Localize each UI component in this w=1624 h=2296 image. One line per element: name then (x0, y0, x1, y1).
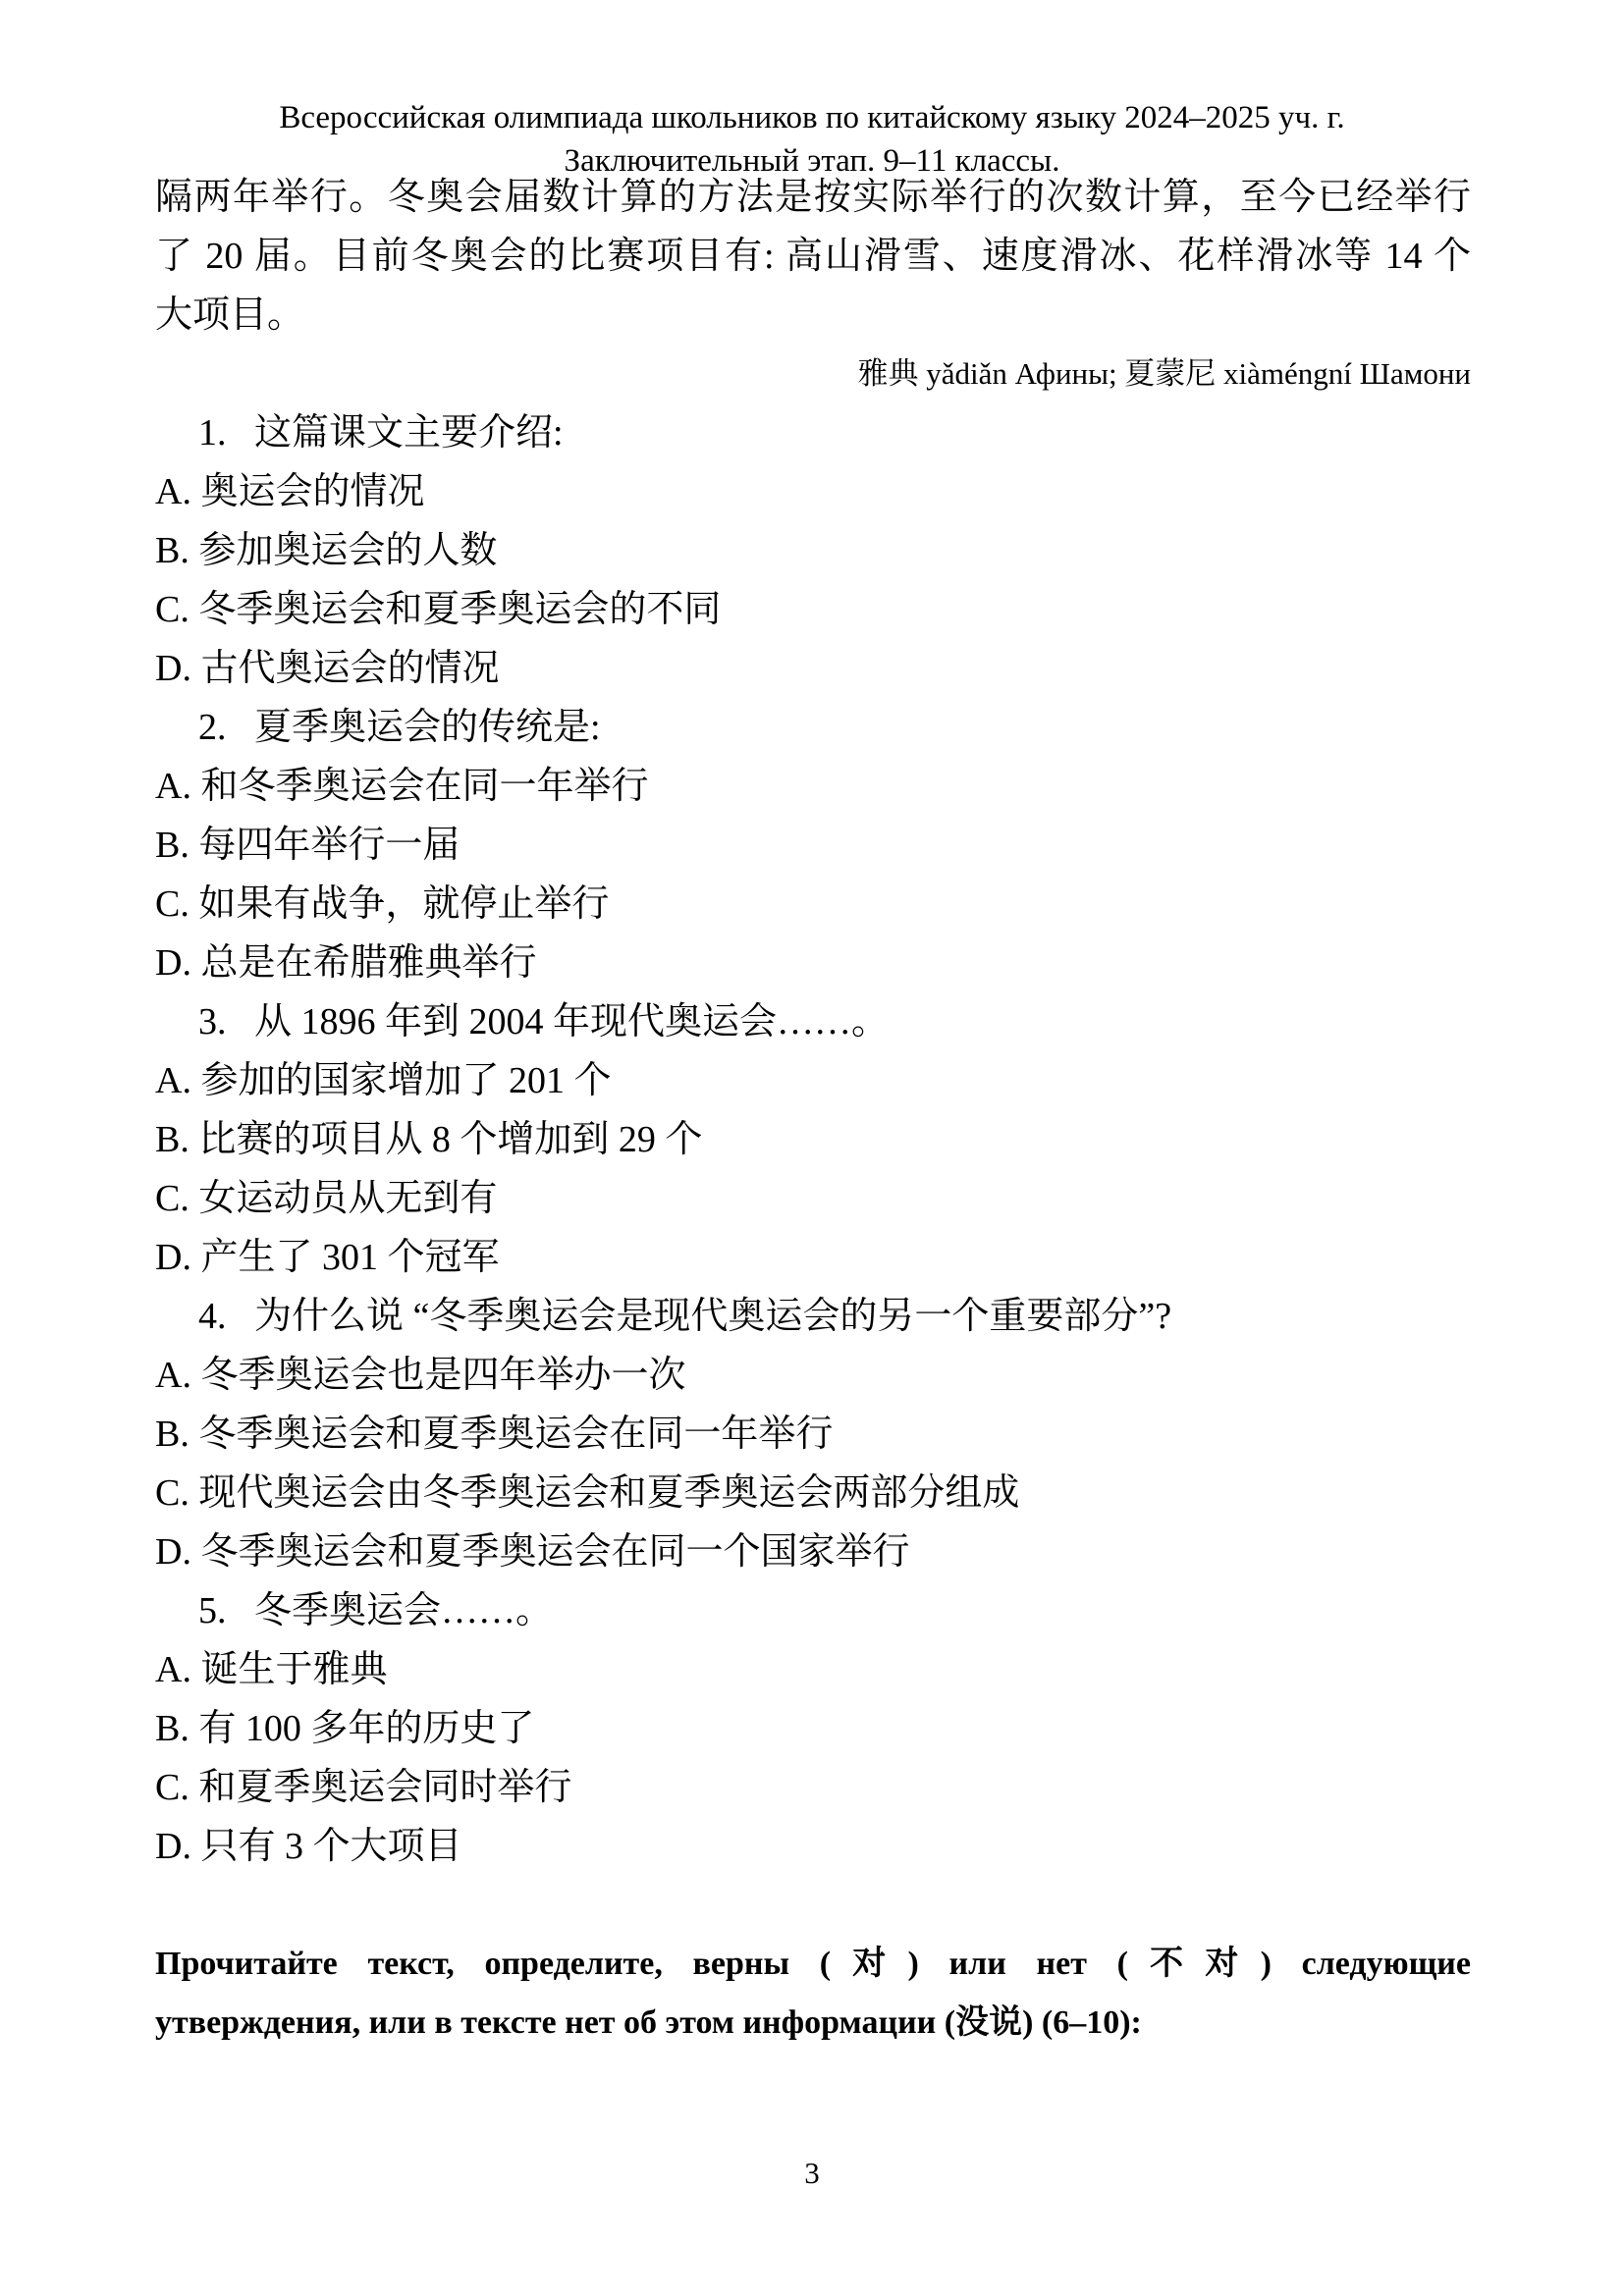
question-1-option-c: C. 冬季奥运会和夏季奥运会的不同 (155, 580, 1471, 639)
question-3-option-d: D. 产生了 301 个冠军 (155, 1228, 1471, 1287)
passage-line: 隔两年举行。冬奥会届数计算的方法是按实际举行的次数计算，至今已经举行 (155, 168, 1471, 227)
page-number: 3 (0, 2152, 1624, 2195)
question-3: 3. 从 1896 年到 2004 年现代奥运会……。 A. 参加的国家增加了 … (155, 992, 1471, 1287)
question-5-option-d: D. 只有 3 个大项目 (155, 1817, 1471, 1876)
question-4-option-d: D. 冬季奥运会和夏季奥运会在同一个国家举行 (155, 1522, 1471, 1581)
question-4-option-b: B. 冬季奥运会和夏季奥运会在同一年举行 (155, 1405, 1471, 1464)
question-1-option-a: A. 奥运会的情况 (155, 462, 1471, 521)
question-3-option-b: B. 比赛的项目从 8 个增加到 29 个 (155, 1110, 1471, 1169)
question-1: 1. 这篇课文主要介绍: A. 奥运会的情况 B. 参加奥运会的人数 C. 冬季… (155, 403, 1471, 698)
instruction-line-2: утверждения, или в тексте нет об этом ин… (155, 1994, 1471, 2053)
question-3-stem: 3. 从 1896 年到 2004 年现代奥运会……。 (155, 992, 1471, 1051)
question-1-stem: 1. 这篇课文主要介绍: (155, 403, 1471, 462)
question-2-option-c: C. 如果有战争，就停止举行 (155, 875, 1471, 934)
question-4-option-c: C. 现代奥运会由冬季奥运会和夏季奥运会两部分组成 (155, 1464, 1471, 1522)
instruction-line-1: Прочитайте текст, определите, верны (对) … (155, 1935, 1471, 1994)
question-2-stem: 2. 夏季奥运会的传统是: (155, 698, 1471, 757)
question-2-option-b: B. 每四年举行一届 (155, 816, 1471, 875)
document-footer: 3 (0, 2152, 1624, 2195)
exam-page: Всероссийская олимпиада школьников по ки… (0, 0, 1624, 2296)
question-5-option-b: B. 有 100 多年的历史了 (155, 1699, 1471, 1758)
passage-line: 了 20 届。目前冬奥会的比赛项目有: 高山滑雪、速度滑冰、花样滑冰等 14 个 (155, 227, 1471, 286)
question-1-option-b: B. 参加奥运会的人数 (155, 521, 1471, 580)
passage-line: 大项目。 (155, 286, 1471, 345)
olympiad-title: Всероссийская олимпиада школьников по ки… (0, 96, 1624, 139)
task-instruction: Прочитайте текст, определите, верны (对) … (155, 1935, 1471, 2053)
document-content: 隔两年举行。冬奥会届数计算的方法是按实际举行的次数计算，至今已经举行 了 20 … (155, 168, 1471, 2053)
question-4-option-a: A. 冬季奥运会也是四年举办一次 (155, 1346, 1471, 1405)
question-3-option-a: A. 参加的国家增加了 201 个 (155, 1051, 1471, 1110)
question-2: 2. 夏季奥运会的传统是: A. 和冬季奥运会在同一年举行 B. 每四年举行一届… (155, 698, 1471, 992)
question-5: 5. 冬季奥运会……。 A. 诞生于雅典 B. 有 100 多年的历史了 C. … (155, 1581, 1471, 1876)
question-5-stem: 5. 冬季奥运会……。 (155, 1581, 1471, 1640)
question-4-stem: 4. 为什么说 “冬季奥运会是现代奥运会的另一个重要部分”? (155, 1287, 1471, 1346)
question-2-option-a: A. 和冬季奥运会在同一年举行 (155, 757, 1471, 816)
question-5-option-c: C. 和夏季奥运会同时举行 (155, 1758, 1471, 1817)
question-3-option-c: C. 女运动员从无到有 (155, 1169, 1471, 1228)
question-4: 4. 为什么说 “冬季奥运会是现代奥运会的另一个重要部分”? A. 冬季奥运会也… (155, 1287, 1471, 1581)
question-2-option-d: D. 总是在希腊雅典举行 (155, 934, 1471, 992)
question-1-option-d: D. 古代奥运会的情况 (155, 639, 1471, 698)
question-5-option-a: A. 诞生于雅典 (155, 1640, 1471, 1699)
vocabulary-gloss: 雅典 yǎdiǎn Афины; 夏蒙尼 xiàméngní Шамони (155, 345, 1471, 403)
